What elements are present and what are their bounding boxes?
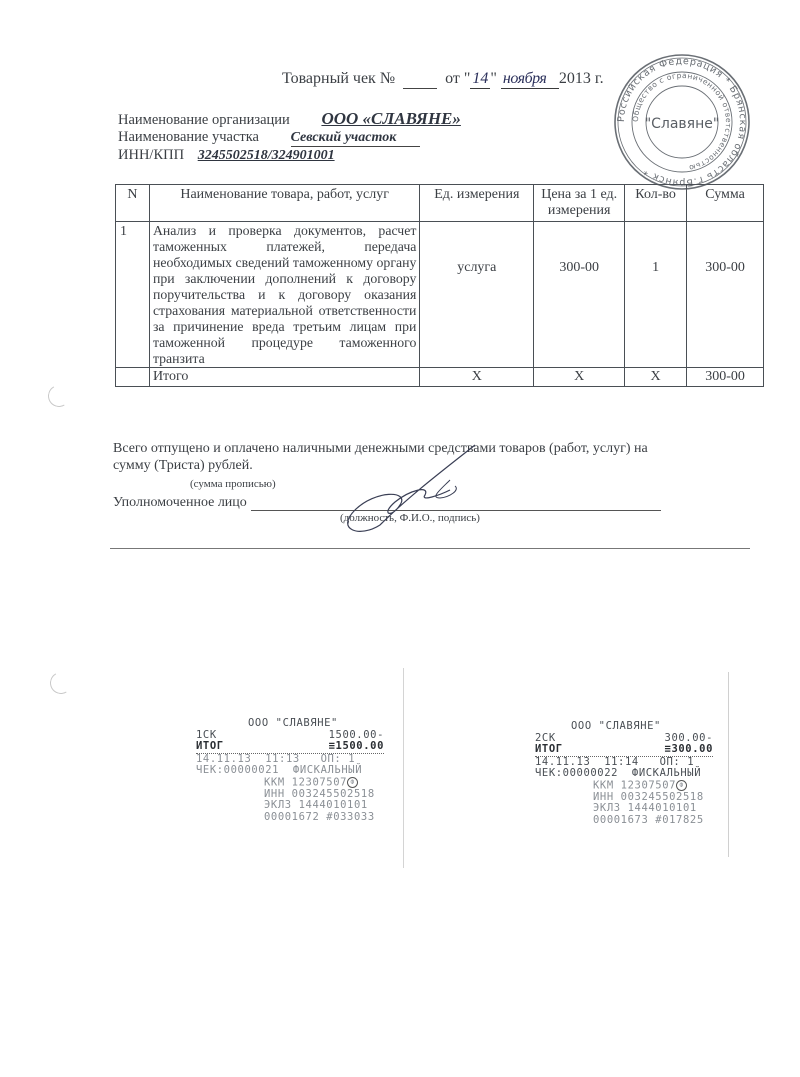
receipt-org: ООО "СЛАВЯНЕ" (196, 718, 384, 730)
cell-unit: услуга (420, 222, 534, 368)
stamp-center-text: "Славяне" (645, 116, 720, 132)
goods-table: N Наименование товара, работ, услуг Ед. … (115, 184, 764, 387)
fiscal-mark-icon: Ф (347, 777, 358, 788)
receipt-time: 11:13 (265, 753, 300, 765)
header-qty: Кол-во (625, 185, 687, 222)
total-price: Х (534, 368, 625, 387)
header-name: Наименование товара, работ, услуг (149, 185, 419, 222)
receipt-kpk: 00001673 #017825 (535, 815, 713, 827)
title-prefix: Товарный чек № (282, 70, 395, 87)
org-name-row: Наименование организации ООО «СЛАВЯНЕ» (118, 110, 461, 129)
authorized-person-label: Уполномоченное лицо (113, 495, 247, 510)
receipt-date: 14.11.13 (535, 756, 590, 768)
receipt-check-row: ЧЕК:00000022 ФИСКАЛЬНЫЙ (535, 768, 713, 780)
receipt-kkm: ККМ 12307507 (264, 776, 347, 788)
receipt-eklz: ЭКЛЗ 1444010101 (196, 800, 384, 812)
site-value: Севский участок (291, 129, 421, 147)
receipt-number-blank (403, 70, 437, 89)
receipt-total: ≡300.00 (655, 744, 713, 756)
header-unit: Ед. измерения (420, 185, 534, 222)
receipt-check-no: ЧЕК:00000022 (535, 767, 618, 779)
table-header-row: N Наименование товара, работ, услуг Ед. … (116, 185, 764, 222)
receipt-title: Товарный чек № от "14" ноября2013 г. (282, 70, 604, 89)
fiscal-mark-icon: Ф (676, 780, 687, 791)
site-row: Наименование участка Севский участок (118, 129, 461, 147)
receipt-total: ≡1500.00 (316, 741, 384, 753)
receipt-check-no: ЧЕК:00000021 (196, 764, 279, 776)
total-qty: Х (625, 368, 687, 387)
handwritten-month: ноября (501, 70, 559, 89)
punch-hole-icon (48, 670, 75, 697)
punch-hole-icon (46, 383, 73, 410)
receipt-time: 11:14 (604, 756, 639, 768)
table-row: 1 Анализ и проверка документов, расчет т… (116, 222, 764, 368)
receipt-2-edge (728, 672, 729, 857)
company-stamp-icon: Российская Федерация * Брянская область … (612, 52, 752, 192)
inn-value: 3245502518/324901001 (198, 147, 335, 164)
receipt-total-label: ИТОГ (196, 741, 316, 753)
title-from: от " (445, 70, 470, 87)
total-label: Итого (149, 368, 419, 387)
receipt-total-label: ИТОГ (535, 744, 655, 756)
receipt-fiscal: ФИСКАЛЬНЫЙ (632, 767, 701, 779)
total-sum: 300-00 (687, 368, 764, 387)
header-sum: Сумма (687, 185, 764, 222)
page-divider (110, 548, 750, 549)
receipt-kkm-row: ККМ 12307507Ф (535, 780, 713, 792)
receipt-fiscal: ФИСКАЛЬНЫЙ (293, 764, 362, 776)
org-name-label: Наименование организации (118, 112, 290, 129)
receipt-eklz: ЭКЛЗ 1444010101 (535, 803, 713, 815)
header-n: N (116, 185, 150, 222)
receipt-operator: ОП: 1 (321, 753, 356, 765)
title-quote-close: " (490, 70, 497, 87)
cell-sum: 300-00 (687, 222, 764, 368)
signature-icon (300, 440, 500, 540)
receipt-operator: ОП: 1 (660, 756, 695, 768)
handwritten-day: 14 (470, 70, 490, 89)
inn-label: ИНН/КПП (118, 147, 184, 164)
total-n (116, 368, 150, 387)
receipt-kkm: ККМ 12307507 (593, 779, 676, 791)
cash-receipt-1: ООО "СЛАВЯНЕ" 1СК1500.00- ИТОГ≡1500.00 1… (196, 718, 384, 823)
receipt-date: 14.11.13 (196, 753, 251, 765)
receipt-check-row: ЧЕК:00000021 ФИСКАЛЬНЫЙ (196, 765, 384, 777)
cell-price: 300-00 (534, 222, 625, 368)
receipt-kpk: 00001672 #033033 (196, 812, 384, 824)
total-unit: Х (420, 368, 534, 387)
cell-qty: 1 (625, 222, 687, 368)
cash-receipt-2: ООО "СЛАВЯНЕ" 2СК300.00- ИТОГ≡300.00 14.… (535, 721, 713, 826)
organization-block: Наименование организации ООО «СЛАВЯНЕ» Н… (118, 110, 461, 164)
header-price: Цена за 1 ед. измерения (534, 185, 625, 222)
cell-n: 1 (116, 222, 150, 368)
org-name-value: ООО «СЛАВЯНЕ» (321, 110, 460, 127)
inn-row: ИНН/КПП 3245502518/324901001 (118, 147, 461, 164)
receipt-org: ООО "СЛАВЯНЕ" (535, 721, 713, 733)
table-total-row: Итого Х Х Х 300-00 (116, 368, 764, 387)
receipt-1-edge (403, 668, 404, 868)
site-label: Наименование участка (118, 129, 259, 146)
title-year: 2013 г. (559, 70, 604, 87)
receipt-kkm-row: ККМ 12307507Ф (196, 777, 384, 789)
cell-name: Анализ и проверка документов, расчет там… (149, 222, 419, 368)
